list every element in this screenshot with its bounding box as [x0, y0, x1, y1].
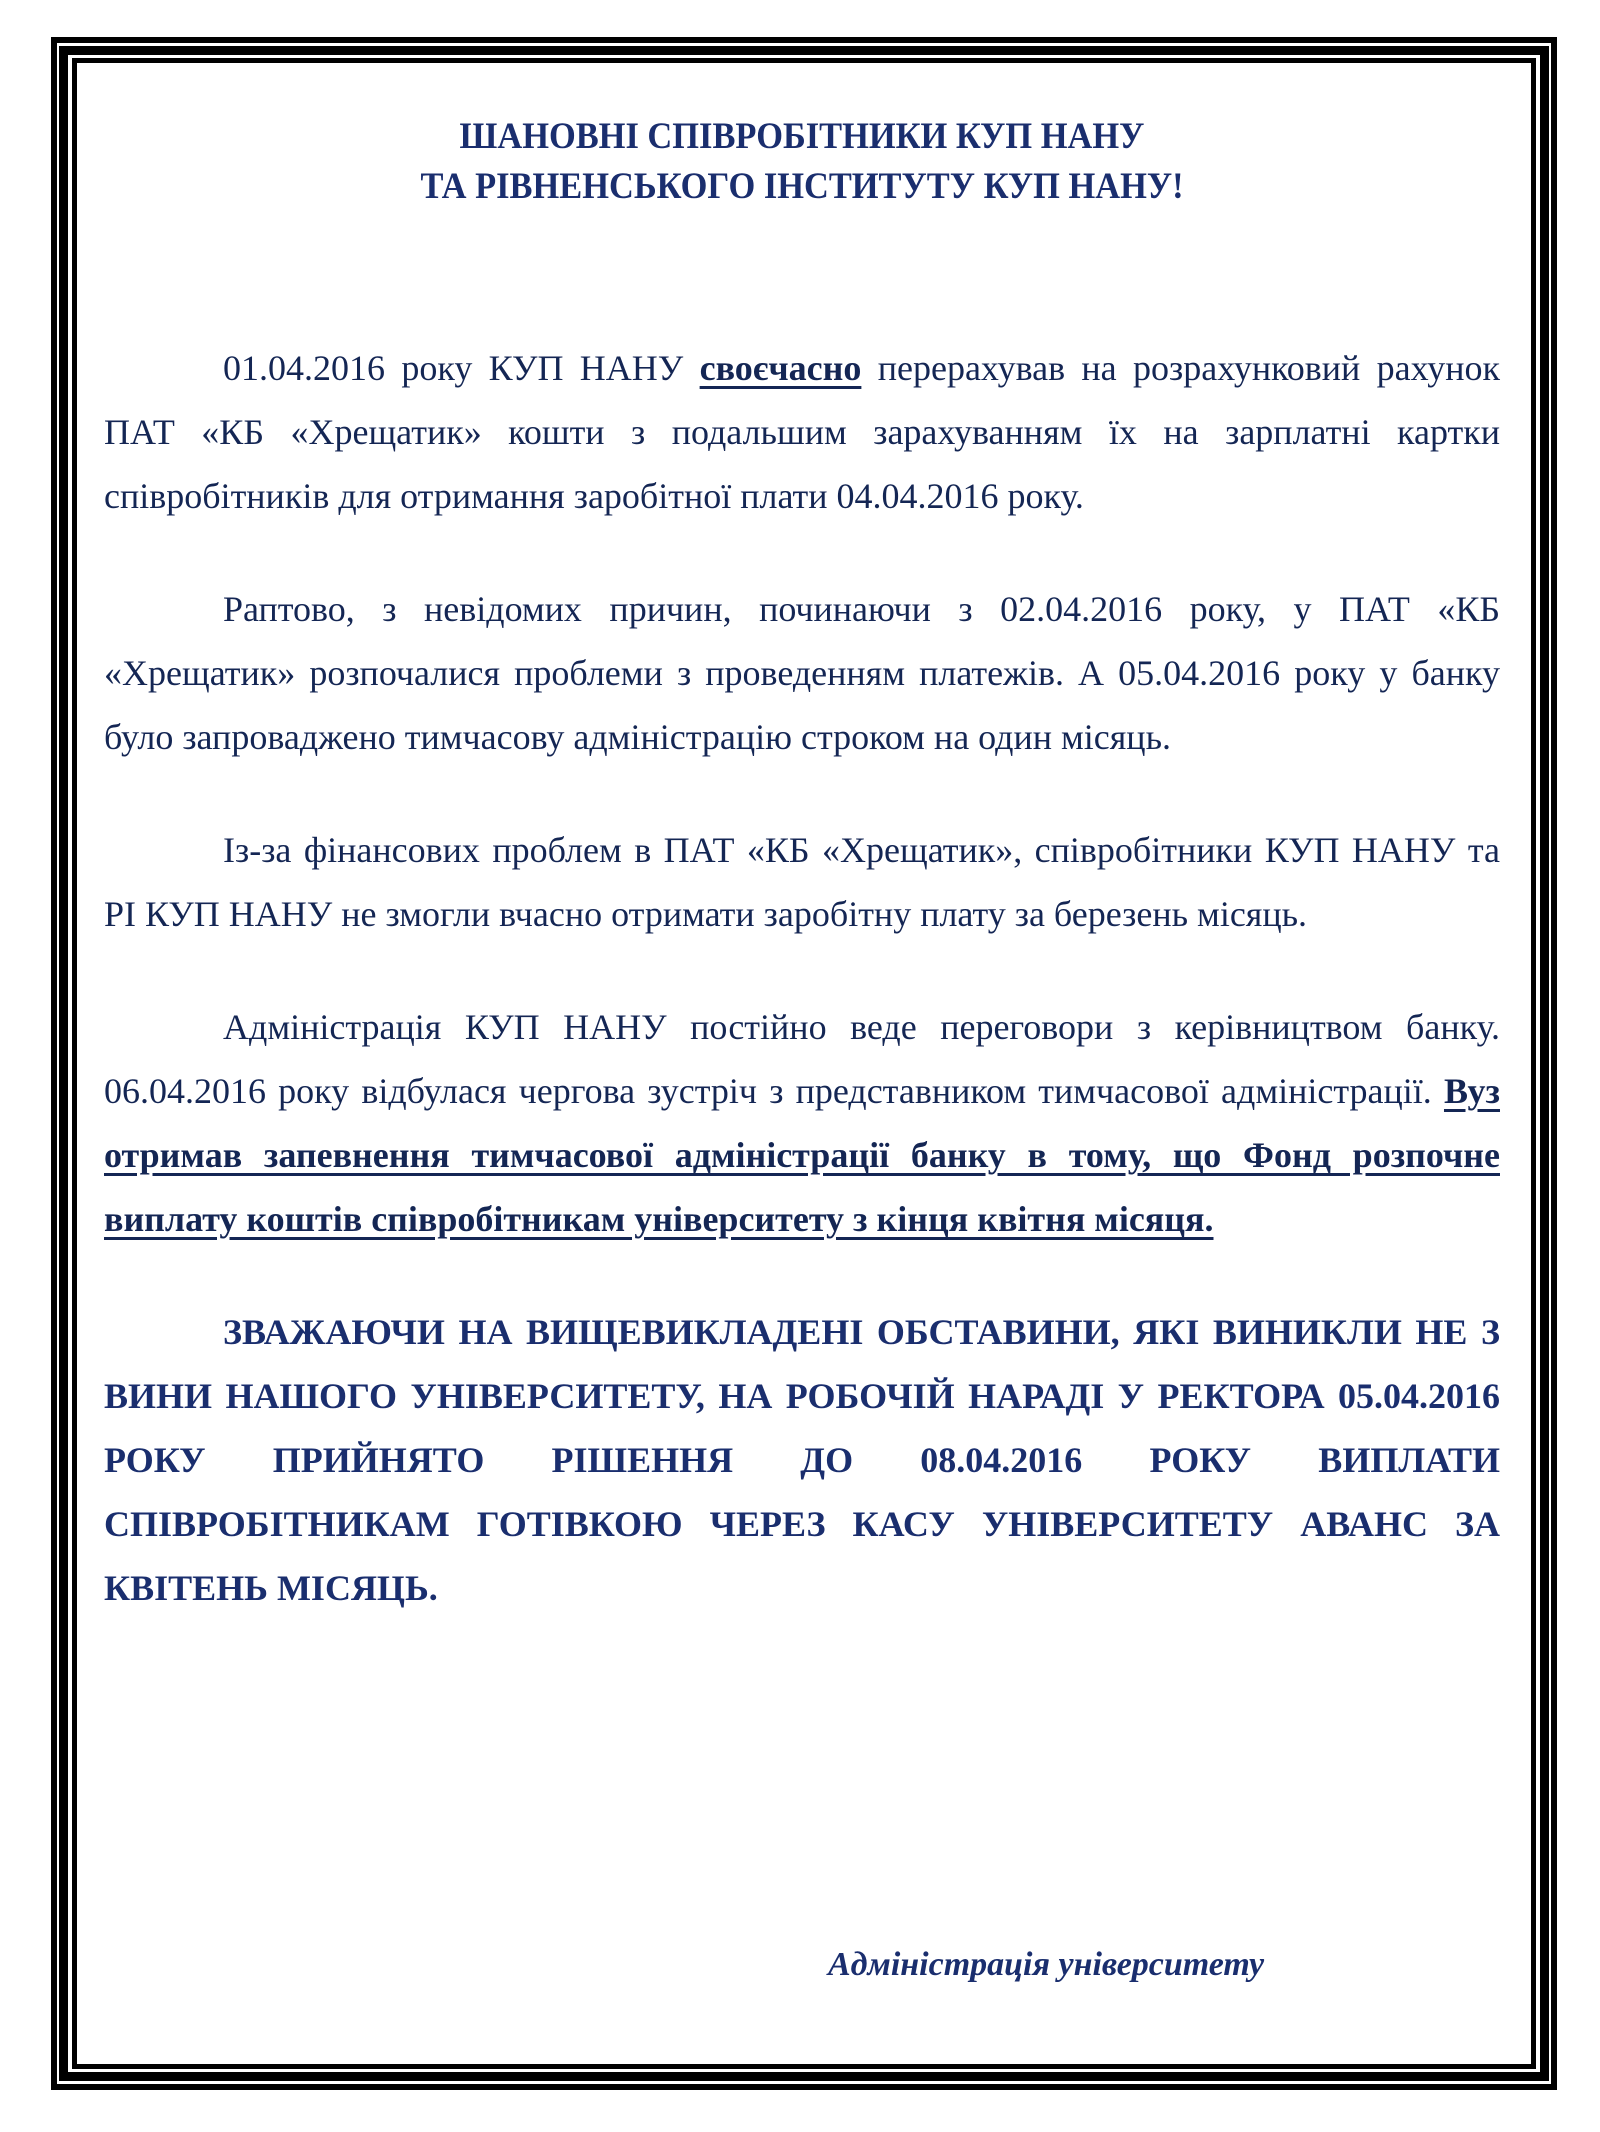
paragraph-salary-delay: Із-за фінансових проблем в ПАТ «КБ «Хрещ… [104, 818, 1500, 946]
signature: Адміністрація університету [828, 1940, 1264, 1990]
announcement-title: ШАНОВНІ СПІВРОБІТНИКИ КУП НАНУ ТА РІВНЕН… [153, 112, 1451, 212]
paragraph-text: Адміністрація КУП НАНУ постійно веде пер… [104, 1007, 1500, 1111]
paragraph-bank-problems: Раптово, з невідомих причин, починаючи з… [104, 577, 1500, 769]
paragraph-text: 01.04.2016 року КУП НАНУ [223, 348, 700, 388]
paragraph-negotiations: Адміністрація КУП НАНУ постійно веде пер… [104, 995, 1500, 1251]
title-line-2: ТА РІВНЕНСЬКОГО ІНСТИТУТУ КУП НАНУ! [420, 166, 1183, 207]
announcement-body: 01.04.2016 року КУП НАНУ своєчасно перер… [104, 336, 1500, 1620]
title-line-1: ШАНОВНІ СПІВРОБІТНИКИ КУП НАНУ [460, 116, 1145, 157]
emphasis-on-time: своєчасно [700, 348, 862, 388]
paragraph-decision: ЗВАЖАЮЧИ НА ВИЩЕВИКЛАДЕНІ ОБСТАВИНИ, ЯКІ… [104, 1300, 1500, 1620]
paragraph-text: Із-за фінансових проблем в ПАТ «КБ «Хрещ… [104, 830, 1500, 934]
paragraph-text: Раптово, з невідомих причин, починаючи з… [104, 589, 1500, 757]
paragraph-payment-transfer: 01.04.2016 року КУП НАНУ своєчасно перер… [104, 336, 1500, 528]
